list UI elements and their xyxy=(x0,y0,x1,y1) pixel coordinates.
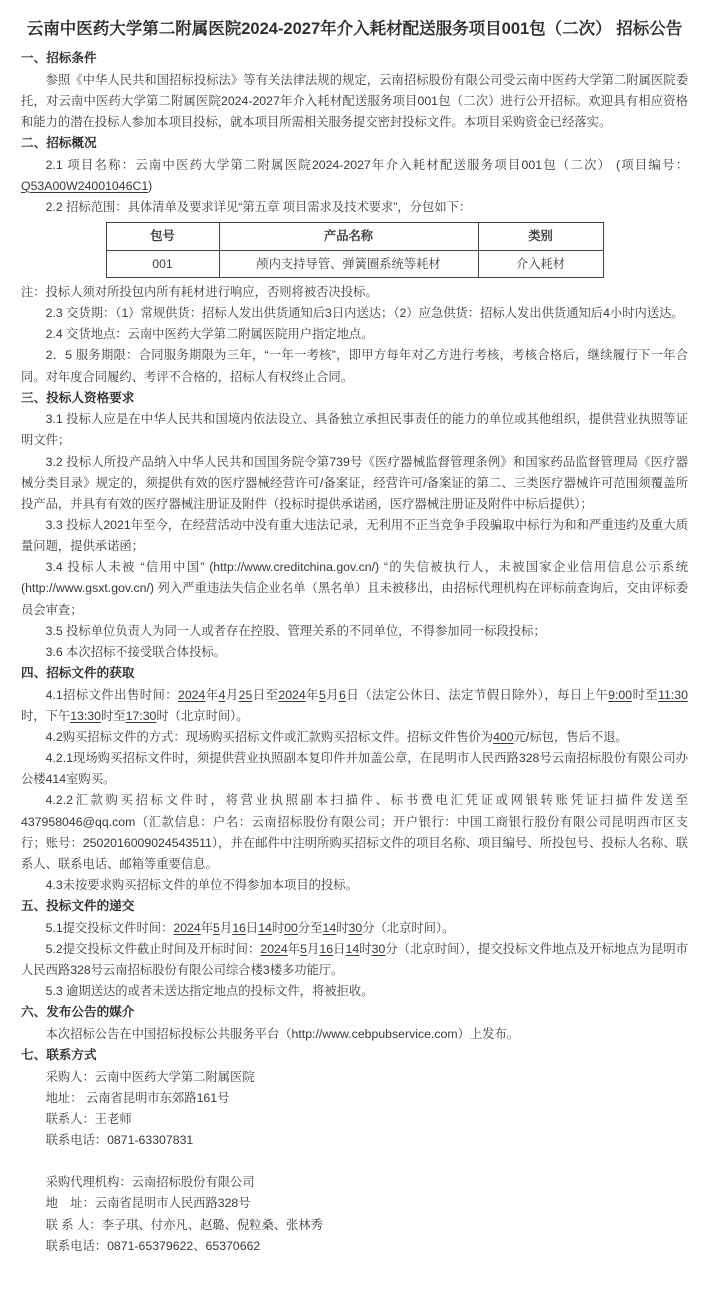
table-row: 001 颅内支持导管、弹簧圈系统等耗材 介入耗材 xyxy=(106,250,603,277)
agent-phone-line: 联系电话：0871-65379622、65370662 xyxy=(21,1236,688,1257)
cell-category: 介入耗材 xyxy=(478,250,603,277)
delivery-period-line: 2.3 交货期：（1）常规供货：招标人发出供货通知后3日内送达；（2）应急供货：… xyxy=(21,303,688,324)
bid-scope-line: 2.2 招标范围：具体清单及要求详见“第五章 项目需求及技术要求”，分包如下： xyxy=(21,197,688,218)
delivery-place-line: 2.4 交货地点：云南中医药大学第二附属医院用户指定地点。 xyxy=(21,324,688,345)
table-header-row: 包号 产品名称 类别 xyxy=(106,223,603,250)
section-6-heading: 六、发布公告的媒介 xyxy=(21,1002,688,1024)
remittance-purchase-line: 4.2.2汇款购买招标文件时，将营业执照副本扫描件、标书费电汇凭证或网银转账凭证… xyxy=(21,790,688,875)
submission-time-line: 5.1提交投标文件时间：2024年5月16日14时00分至14时30分（北京时间… xyxy=(21,918,688,939)
section-2-heading: 二、招标概况 xyxy=(21,133,688,155)
cell-package-no: 001 xyxy=(106,250,219,277)
purchase-method-line: 4.2购买招标文件的方式：现场购买招标文件或汇款购买招标文件。招标文件售价为40… xyxy=(21,727,688,748)
document-sale-time-line: 4.1招标文件出售时间：2024年4月25日至2024年5月6日（法定公休日、法… xyxy=(21,685,688,727)
buyer-contact-line: 联系人：王老师 xyxy=(21,1109,688,1130)
buyer-address-line: 地址： 云南省昆明市东郊路161号 xyxy=(21,1088,688,1109)
deadline-opening-line: 5.2提交投标文件截止时间及开标时间：2024年5月16日14时30分（北京时间… xyxy=(21,939,688,981)
announcement-media-line: 本次招标公告在中国招标投标公共服务平台（http://www.cebpubser… xyxy=(21,1024,688,1045)
agent-name-line: 采购代理机构：云南招标股份有限公司 xyxy=(21,1172,688,1193)
section-1-heading: 一、招标条件 xyxy=(21,48,688,70)
table-header-package-no: 包号 xyxy=(106,223,219,250)
section-5-heading: 五、投标文件的递交 xyxy=(21,896,688,918)
package-table: 包号 产品名称 类别 001 颅内支持导管、弹簧圈系统等耗材 介入耗材 xyxy=(106,222,604,278)
service-term-line: 2．5 服务期限：合同服务期限为三年，“一年一考核”，即甲方每年对乙方进行考核，… xyxy=(21,345,688,387)
onsite-purchase-line: 4.2.1现场购买招标文件时，须提供营业执照副本复印件并加盖公章，在昆明市人民西… xyxy=(21,748,688,790)
agent-contact-line: 联 系 人：李子琪、付亦凡、赵璐、倪粒桑、张林秀 xyxy=(21,1215,688,1236)
table-note: 注：投标人须对所投包内所有耗材进行响应，否则将被否决投标。 xyxy=(21,282,688,303)
section-7-heading: 七、联系方式 xyxy=(21,1045,688,1067)
table-header-category: 类别 xyxy=(478,223,603,250)
qualification-3-1: 3.1 投标人应是在中华人民共和国境内依法设立、具备独立承担民事责任的能力的单位… xyxy=(21,409,688,451)
late-submission-line: 5.3 逾期送达的或者未送达指定地点的投标文件，将被拒收。 xyxy=(21,981,688,1002)
section-4-heading: 四、招标文件的获取 xyxy=(21,663,688,685)
qualification-3-5: 3.5 投标单位负责人为同一人或者存在控股、管理关系的不同单位，不得参加同一标段… xyxy=(21,621,688,642)
buyer-phone-line: 联系电话：0871-63307831 xyxy=(21,1130,688,1151)
qualification-3-6: 3.6 本次招标不接受联合体投标。 xyxy=(21,642,688,663)
page-title: 云南中医药大学第二附属医院2024-2027年介入耗材配送服务项目001包（二次… xyxy=(21,18,688,42)
tender-announcement-document: 云南中医药大学第二附属医院2024-2027年介入耗材配送服务项目001包（二次… xyxy=(0,0,709,1307)
qualification-3-2: 3.2 投标人所投产品纳入中华人民共和国国务院令第739号《医疗器械监督管理条例… xyxy=(21,452,688,515)
qualification-3-3: 3.3 投标人2021年至今，在经营活动中没有重大违法记录，无利用不正当竞争手段… xyxy=(21,515,688,557)
table-header-product-name: 产品名称 xyxy=(219,223,478,250)
section-1-paragraph: 参照《中华人民共和国招标投标法》等有关法律法规的规定，云南招标股份有限公司受云南… xyxy=(21,70,688,133)
purchase-requirement-line: 4.3未按要求购买招标文件的单位不得参加本项目的投标。 xyxy=(21,875,688,896)
section-3-heading: 三、投标人资格要求 xyxy=(21,388,688,410)
qualification-3-4: 3.4 投标人未被 “信用中国” (http://www.creditchina… xyxy=(21,557,688,620)
agent-address-line: 地 址：云南省昆明市人民西路328号 xyxy=(21,1193,688,1214)
cell-product-name: 颅内支持导管、弹簧圈系统等耗材 xyxy=(219,250,478,277)
buyer-name-line: 采购人：云南中医药大学第二附属医院 xyxy=(21,1067,688,1088)
project-name-line: 2.1 项目名称：云南中医药大学第二附属医院2024-2027年介入耗材配送服务… xyxy=(21,155,688,197)
blank-line xyxy=(21,1151,688,1172)
